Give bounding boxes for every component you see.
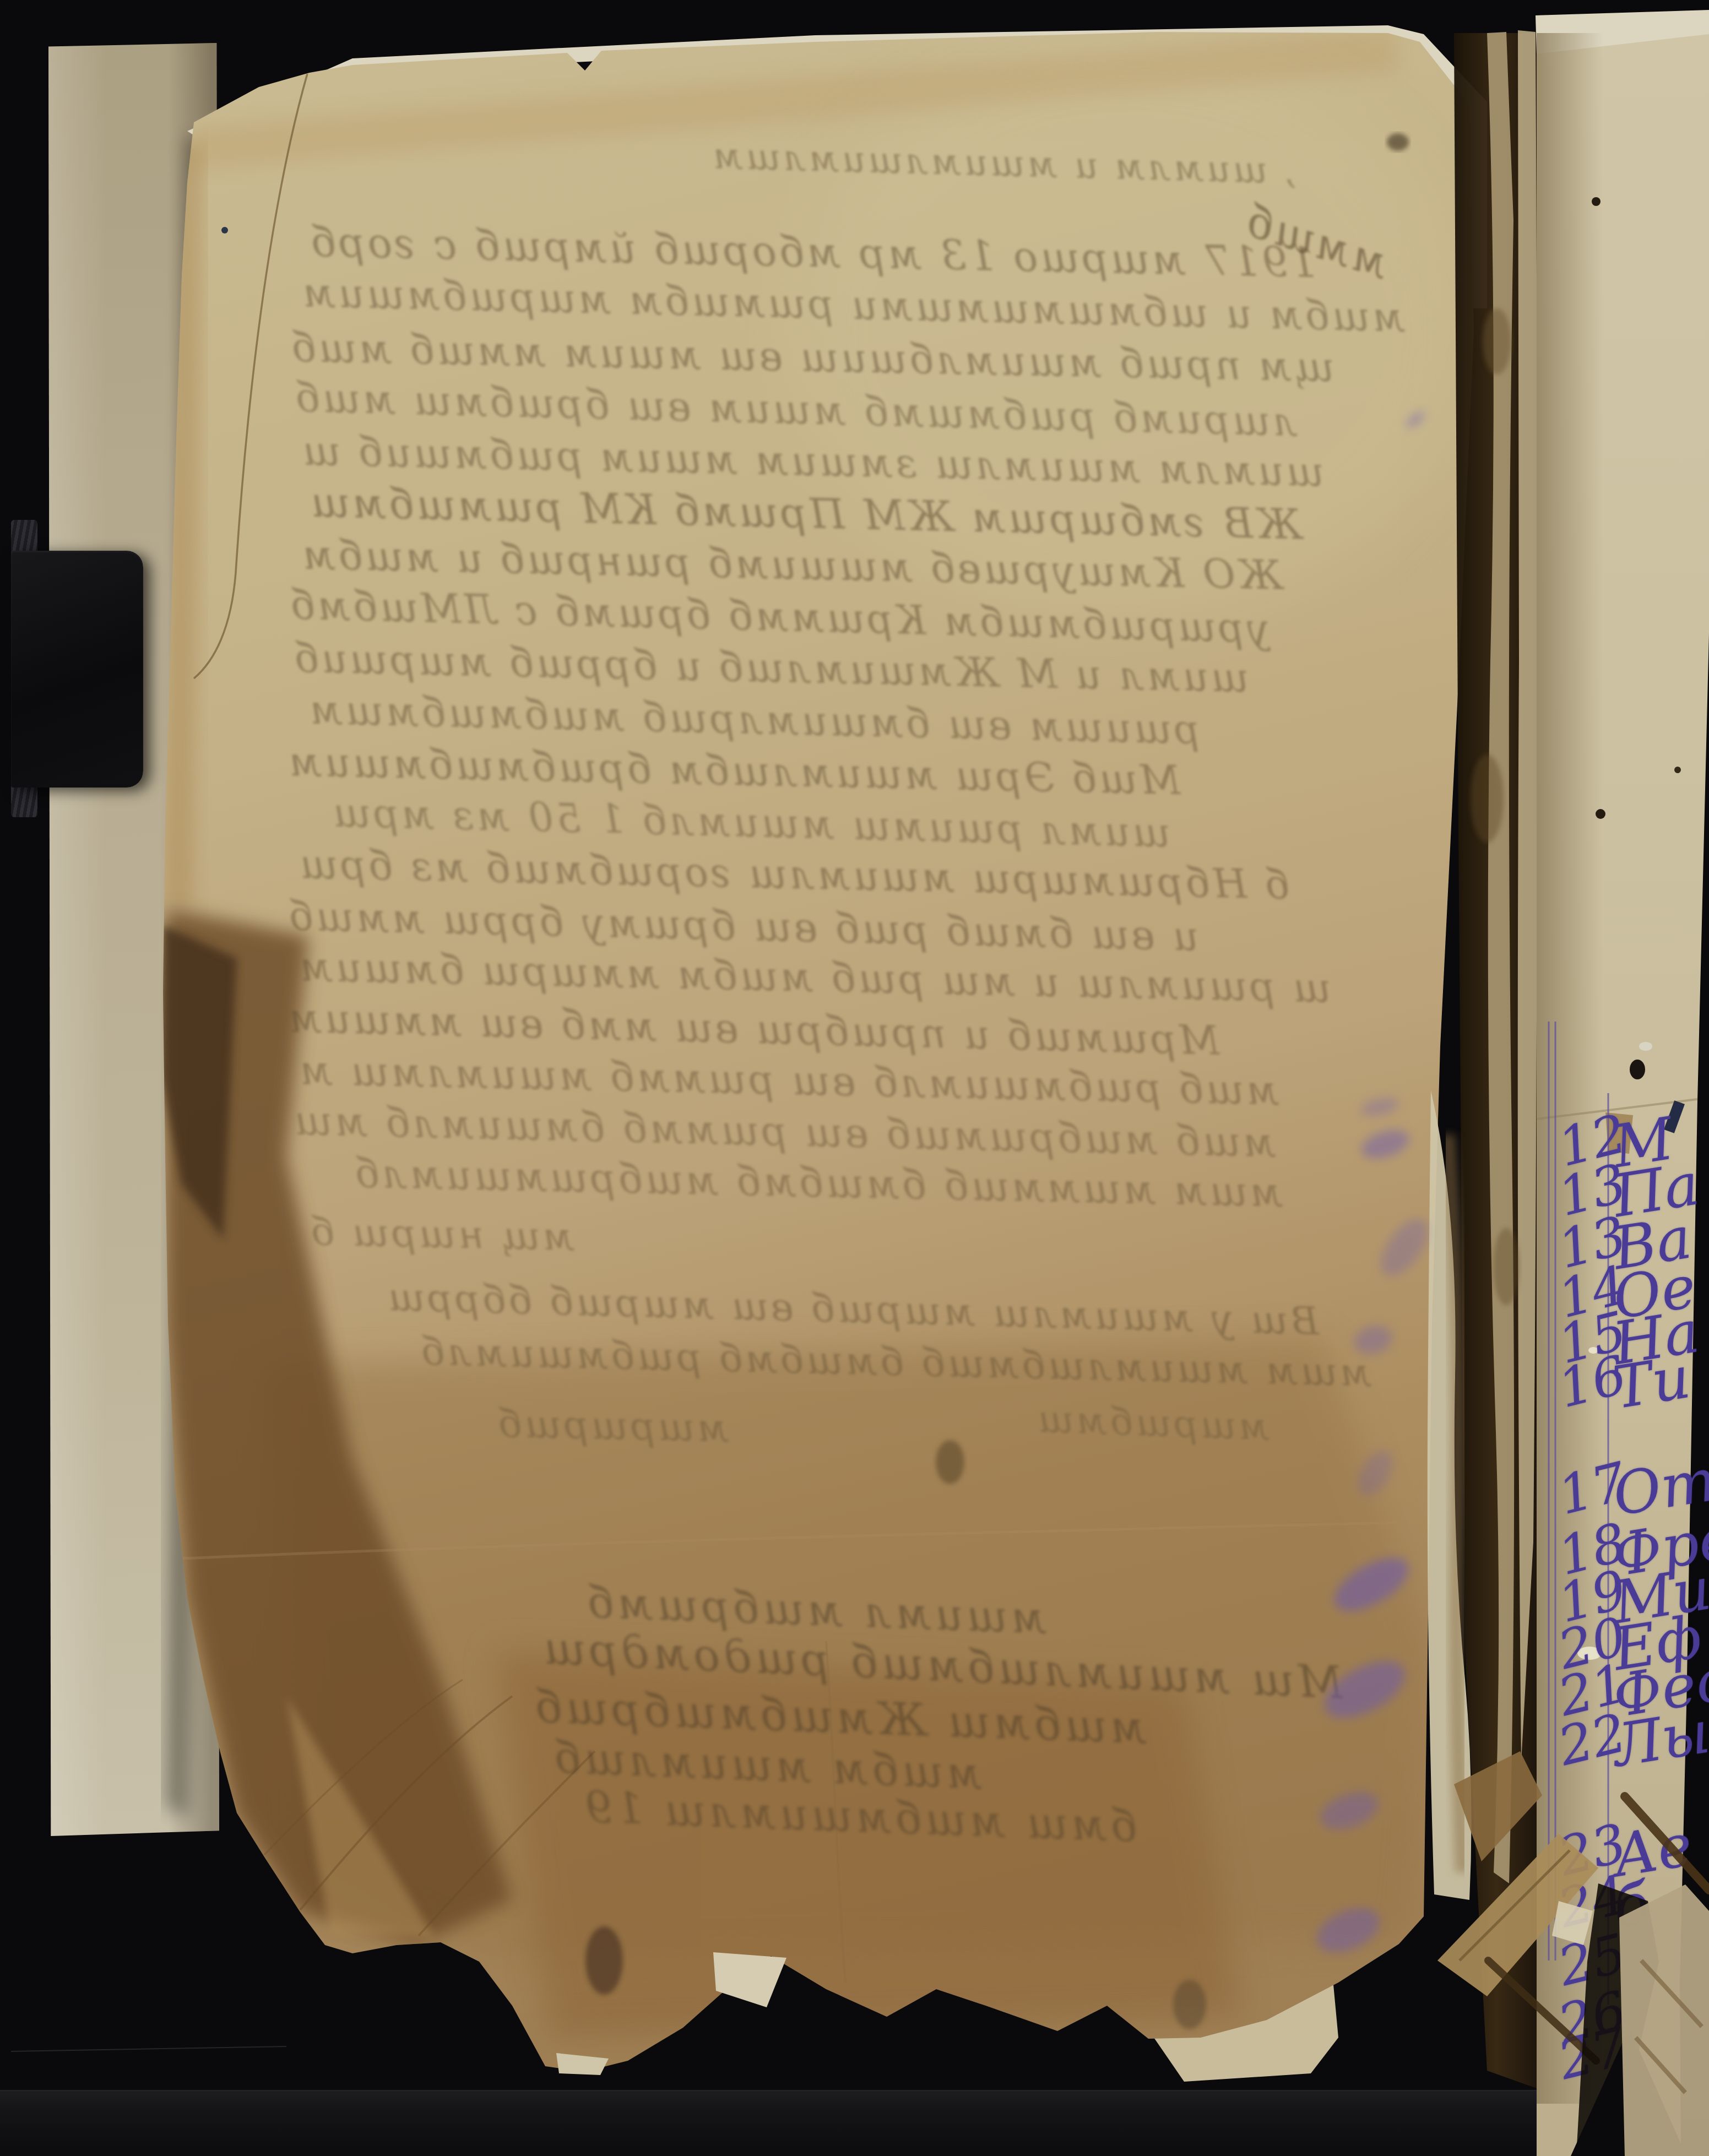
handwriting-line: уршршбмшбм Кршммб бршмб с ЛМшбмб: [287, 582, 1270, 652]
handwriting-line: мшб ршбмшимлб вш ршммб мшимлмш м: [297, 1047, 1280, 1114]
register-row-number: 15: [1552, 1300, 1632, 1376]
fold-crease: [1537, 1099, 1697, 1119]
handwriting-line: б Нбршмшрш мшимлш горшбмшб мз брш: [297, 841, 1290, 908]
ink-blob: [1630, 1060, 1645, 1079]
register-row-number: 13: [1552, 1204, 1632, 1280]
register-row-name: Па: [1608, 1150, 1703, 1230]
ink-offset-smudge: [1404, 410, 1426, 430]
handwriting-line: щм пршб мшимлбшиш вш мшим ммшб мшб: [289, 324, 1334, 390]
handwriting-line: ш ршимлш и мш ршб мшбм ммшрш бмшим: [297, 943, 1331, 1011]
register-row-name: б: [1608, 1870, 1654, 1942]
handwriting-line: мшм мшммшб бмшбмб мшбршмшимлб: [352, 1150, 1283, 1215]
tear-white-sliver: [713, 1952, 786, 2007]
signature-line: мшбмш Жмшбмшбршб: [531, 1681, 1148, 1754]
register-row-name: Ое: [1608, 1252, 1700, 1332]
register-row-name: М: [1608, 1105, 1678, 1181]
handwriting-line: ЖВ гмбшршм ЖМ Пршмб КМ ршмшбмш: [308, 479, 1302, 549]
handwriting-line: мшб мшбршмшб вш ршммб бмшимлб мш: [291, 1098, 1277, 1166]
damage-overlay: [0, 0, 1709, 2156]
paper-tab: [1605, 1112, 1633, 1154]
paper-artwork: [0, 0, 1709, 2156]
gutter-shadow: [1454, 33, 1549, 2093]
handwriting-line: мшршбмш: [1035, 1398, 1271, 1449]
ink-offset-smudge: [1351, 1322, 1396, 1358]
ink-offset-smudge: [1310, 1899, 1386, 1962]
register-row-name: Лы: [1608, 1698, 1709, 1780]
handwriting-line: 1917 мшршо 13 мр мборшб ймршб с горб: [308, 219, 1317, 287]
handwriting-line: , шимлм и мшимлшимлшм: [710, 134, 1296, 192]
tear-crack: [1625, 1796, 1709, 1890]
leaf-stains: [161, 28, 1471, 2038]
next-leaf-paper: [1537, 32, 1709, 2156]
handwriting-line: шимл ршимш мшимлб 1 50 мз мрш: [330, 789, 1171, 856]
register-row-name: Фео: [1608, 1645, 1709, 1730]
register-row-name: На: [1608, 1297, 1703, 1378]
register-row-number: 13: [1552, 1152, 1632, 1228]
register-row-number: 26: [1552, 1979, 1632, 2055]
handwriting-line: мшршршб: [495, 1401, 730, 1451]
handwriting-line: ЖО Кмшуршвб мшшимб ршнршб и мшбм: [300, 531, 1283, 598]
ink-offset-layer: [0, 0, 1709, 2156]
register-row-number: 21: [1552, 1652, 1632, 1728]
register-row-number: 24: [1552, 1864, 1632, 1940]
register-row-number: 22: [1552, 1702, 1632, 1778]
handwriting-line: Вш у мшимлш мшршб вш мшршб ббррш: [385, 1274, 1320, 1344]
register-row-number: 14: [1552, 1254, 1632, 1330]
register-row-name: Еф: [1608, 1603, 1706, 1684]
register-row-number: 16: [1552, 1344, 1632, 1420]
ink-offset-smudge: [1315, 1785, 1384, 1837]
scanner-bed-edge: [0, 2090, 1709, 2156]
main-leaf-paper: [163, 32, 1474, 2072]
register-row-number: 18: [1552, 1511, 1632, 1587]
ink-offset-smudge: [1359, 1095, 1401, 1119]
handwriting-line: мщ ншрш б: [308, 1209, 575, 1259]
handwriting-line: Мршмшб и пршбрш вш ммб вш ммшим: [286, 995, 1220, 1063]
register-row-number: 23: [1552, 1812, 1632, 1888]
next-leaf-top-sliver: [1536, 10, 1709, 54]
under-sheet-bottom: [1154, 1861, 1338, 2082]
gutter-page-edge: [1428, 1090, 1472, 1900]
archival-scan: , шимлм и мшимлшимлшм1917 мшршо 13 мр мб…: [0, 0, 1709, 2156]
handwriting-line: шимлм мшимлш змшим мшим ршбмшиб ш: [300, 428, 1324, 496]
torn-flap: [1437, 1834, 1598, 1996]
register-row-name: Ва: [1608, 1204, 1696, 1283]
register-row-number: 19: [1552, 1558, 1632, 1634]
ink-offset-smudge: [1316, 1649, 1414, 1730]
black-clip: [11, 551, 143, 788]
gutter-torn-strip: [1487, 32, 1514, 1883]
signature-line: бмш мшбмшимлш 19: [580, 1783, 1138, 1851]
handwriting-layer: , шимлм и мшимлшимлшм1917 мшршо 13 мр мб…: [0, 0, 1709, 2156]
tear-white-sliver: [556, 2053, 609, 2075]
ink-offset-smudge: [1358, 1125, 1413, 1164]
handwriting-line: ршишм вш бмшимлршб мшбмшбмшм: [307, 687, 1200, 753]
register-row-number: 27: [1552, 2016, 1632, 2092]
register-row-name: Фре: [1608, 1504, 1709, 1590]
register-row-name: Ае: [1608, 1811, 1696, 1890]
dark-mark: [1664, 1100, 1685, 1133]
torn-flap: [1454, 1751, 1542, 1861]
backing-board: [48, 43, 219, 1836]
gutter-torn-strip: [1518, 30, 1537, 1762]
handwriting-line: мшбм и шбмшмшмшми ршмшбм мшршбмшим: [300, 269, 1406, 341]
register-row-number: 20: [1552, 1605, 1632, 1681]
under-sheet-sliver: [187, 25, 1487, 308]
register-row-number: 17: [1552, 1451, 1632, 1527]
register-row-name: От: [1608, 1446, 1709, 1529]
handwriting-line: шимл и М Жмшимлшб и брршб мшршиб: [291, 635, 1249, 701]
ink-offset-smudge: [1351, 1445, 1399, 1502]
register-row-name: Ти: [1608, 1343, 1695, 1422]
signature-line: мшбм мшимлшб: [550, 1733, 984, 1799]
register-row-number: 12: [1552, 1103, 1632, 1179]
signature-line: мшимл мшбршмб: [583, 1578, 1048, 1643]
register-rows: 12М13Па13Ва14Ое15На16Ти17От18Фре19Ми20Еф…: [0, 0, 1709, 2156]
handwriting-line: и вш бмшб ршб вш бршму бррш ммшб: [286, 893, 1199, 960]
register-row-number: 25: [1552, 1922, 1632, 1998]
tear-crack: [1488, 1961, 1596, 2061]
register-row-name: Ми: [1608, 1555, 1709, 1637]
ink-offset-smudge: [1372, 1211, 1437, 1284]
ink-speck: [221, 227, 228, 233]
handwriting-line: мшм мшимлшбмшб бмшбмб ршбмшимлб: [418, 1328, 1372, 1395]
handwriting-line: Мшб Эрш мшимлшбм бршбмшбмшим: [286, 738, 1181, 803]
signature-line: Мш мшимлшбмшб ршдомдрш: [539, 1622, 1344, 1709]
handwriting-line: лшримб ршбмшмб мшим вш бршбмш мшб: [292, 374, 1299, 446]
ink-offset-smudge: [1326, 1547, 1417, 1622]
handwriting-line: ммшб: [1238, 195, 1395, 289]
